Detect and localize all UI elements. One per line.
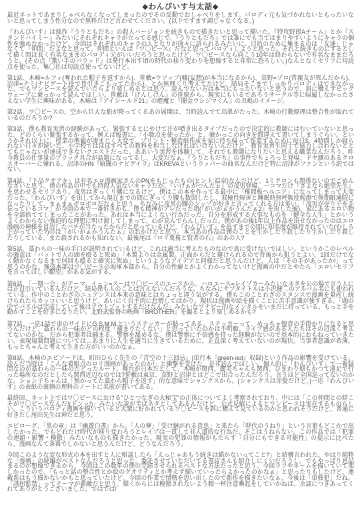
document-page: ◆わんぴいす与太話◆ 最近ネットであまりしゃべらなくなってしまったのでその反動で… bbox=[0, 0, 360, 508]
paragraph: 第2話、ワ〇ピースの、空から巨大な船が降ってくるあの展開は、当時読んでて鳥肌がた… bbox=[7, 111, 354, 123]
paragraph: 第6話、「一期一会」がテーマ。イェン=スーはワ〇ピースのエースから。ハロエース=… bbox=[7, 283, 354, 318]
document-body: 最近ネットであまりしゃべらなくなってしまったのでその反動でおしゃべりをします。パ… bbox=[7, 14, 354, 494]
paragraph: エピローグ、「黒の章」は『幽遊白書』から。「人の夢」「受け継がれる意思」と来たら… bbox=[7, 425, 354, 448]
paragraph: 第5話、藁わらの一味の手口が説明されているけど、これは適当に考えたものなので真に… bbox=[7, 248, 354, 277]
paragraph: 第1話、木崎=ルフィ(奪われた帽子を返すから)、笹藪=ウソップ(嘘(妄想)が本当… bbox=[7, 77, 354, 106]
paragraph: 第4話、『下品クサアキ』は有名エロ漫画家さんのPNをもじったもの(ヒント:温泉)… bbox=[7, 180, 354, 243]
paragraph: 最近ネットであまりしゃべらなくなってしまったのでその反動でおしゃべりをします。パ… bbox=[7, 14, 354, 26]
paragraph: 最終回、ネット上ではワ〇ピースにおける"ひとつなぎの大秘宝"の正体についてよく考… bbox=[7, 397, 354, 420]
paragraph: 第8話、木崎のエピソードは、町田ひらく先生の『青空の十三回忌』(単行本『gree… bbox=[7, 357, 354, 392]
paragraph: 『わんぴいす』は拙作『うりともだち』の殺人バージョンを続きもので描きたいと思って… bbox=[7, 31, 354, 71]
paragraph: 第7話、一応1話で車のサイドにG.S.M.M.というステッカーが貼ってある。ステ… bbox=[7, 323, 354, 352]
paragraph: 第3話、僕も教育実習の経験があって、緊張するとにやけて汗が噴き出るタイプだったの… bbox=[7, 128, 354, 174]
paragraph: 今回このような変な形式の本を出すと人に相談したら「えっじゃあもう続きは描かないっ… bbox=[7, 454, 354, 494]
page-title: ◆わんぴいす与太話◆ bbox=[7, 3, 354, 11]
